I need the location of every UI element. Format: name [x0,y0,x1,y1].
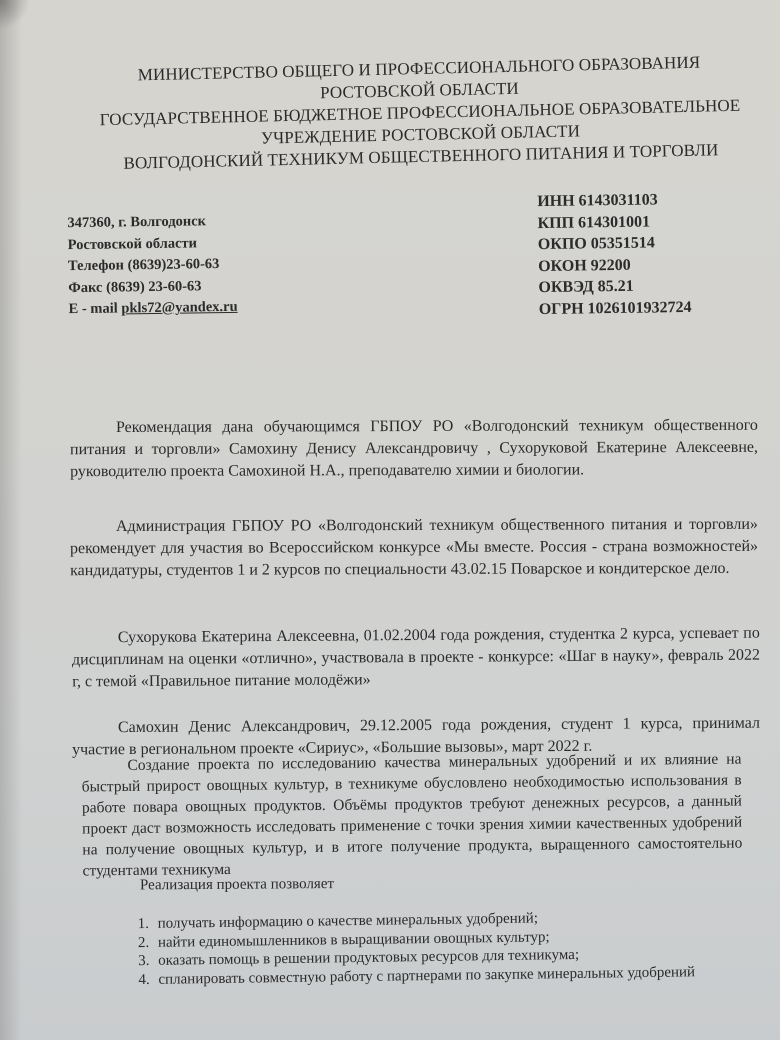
realization-list: 1.получать информацию о качестве минерал… [138,907,724,989]
list-number: 4. [138,970,158,989]
paragraph-text: Реализация проекта позволяет [140,872,540,897]
paragraph-administration: Администрация ГБПОУ РО «Волгодонский тех… [70,514,758,582]
okpo: ОКПО 05351514 [538,232,691,256]
paragraph-text: Создание проекта по исследованию качеств… [81,749,742,882]
paragraph-project: Создание проекта по исследованию качеств… [81,749,742,882]
inn: ИНН 6143031103 [537,189,690,213]
requisites-block: ИНН 6143031103 КПП 614301001 ОКПО 053515… [537,189,692,320]
list-number: 2. [138,933,158,952]
fax: Факс (8639) 23-60-63 [68,275,237,299]
list-number: 3. [138,952,158,971]
paragraph-text: Сухорукова Екатерина Алексеевна, 01.02.2… [72,623,760,694]
paragraph-text: Рекомендация дана обучающимся ГБПОУ РО «… [70,415,758,483]
list-number: 1. [138,915,158,934]
paragraph-recommendation: Рекомендация дана обучающимся ГБПОУ РО «… [70,415,758,483]
ogrn: ОГРН 1026101932724 [539,296,692,320]
address-line: 347360, г. Волгодонск [67,211,236,235]
okon: ОКОН 92200 [538,253,691,277]
kpp: КПП 614301001 [537,210,690,234]
email-row: E - mail pkls72@yandex.ru [68,297,237,321]
email-label: E - mail [68,300,121,317]
paragraph-text: Администрация ГБПОУ РО «Волгодонский тех… [70,514,758,582]
email-link[interactable]: pkls72@yandex.ru [121,299,237,317]
paragraph-sukhorukova: Сухорукова Екатерина Алексеевна, 01.02.2… [72,623,760,694]
okved: ОКВЭД 85.21 [538,275,691,299]
document-page: МИНИСТЕРСТВО ОБЩЕГО И ПРОФЕССИОНАЛЬНОГО … [0,0,780,1040]
letterhead: МИНИСТЕРСТВО ОБЩЕГО И ПРОФЕССИОНАЛЬНОГО … [79,50,761,175]
contacts-block: 347360, г. Волгодонск Ростовской области… [67,211,237,321]
realization-intro: Реализация проекта позволяет [140,872,540,897]
phone: Телефон (8639)23-60-63 [68,254,237,278]
address-region: Ростовской области [68,232,237,256]
